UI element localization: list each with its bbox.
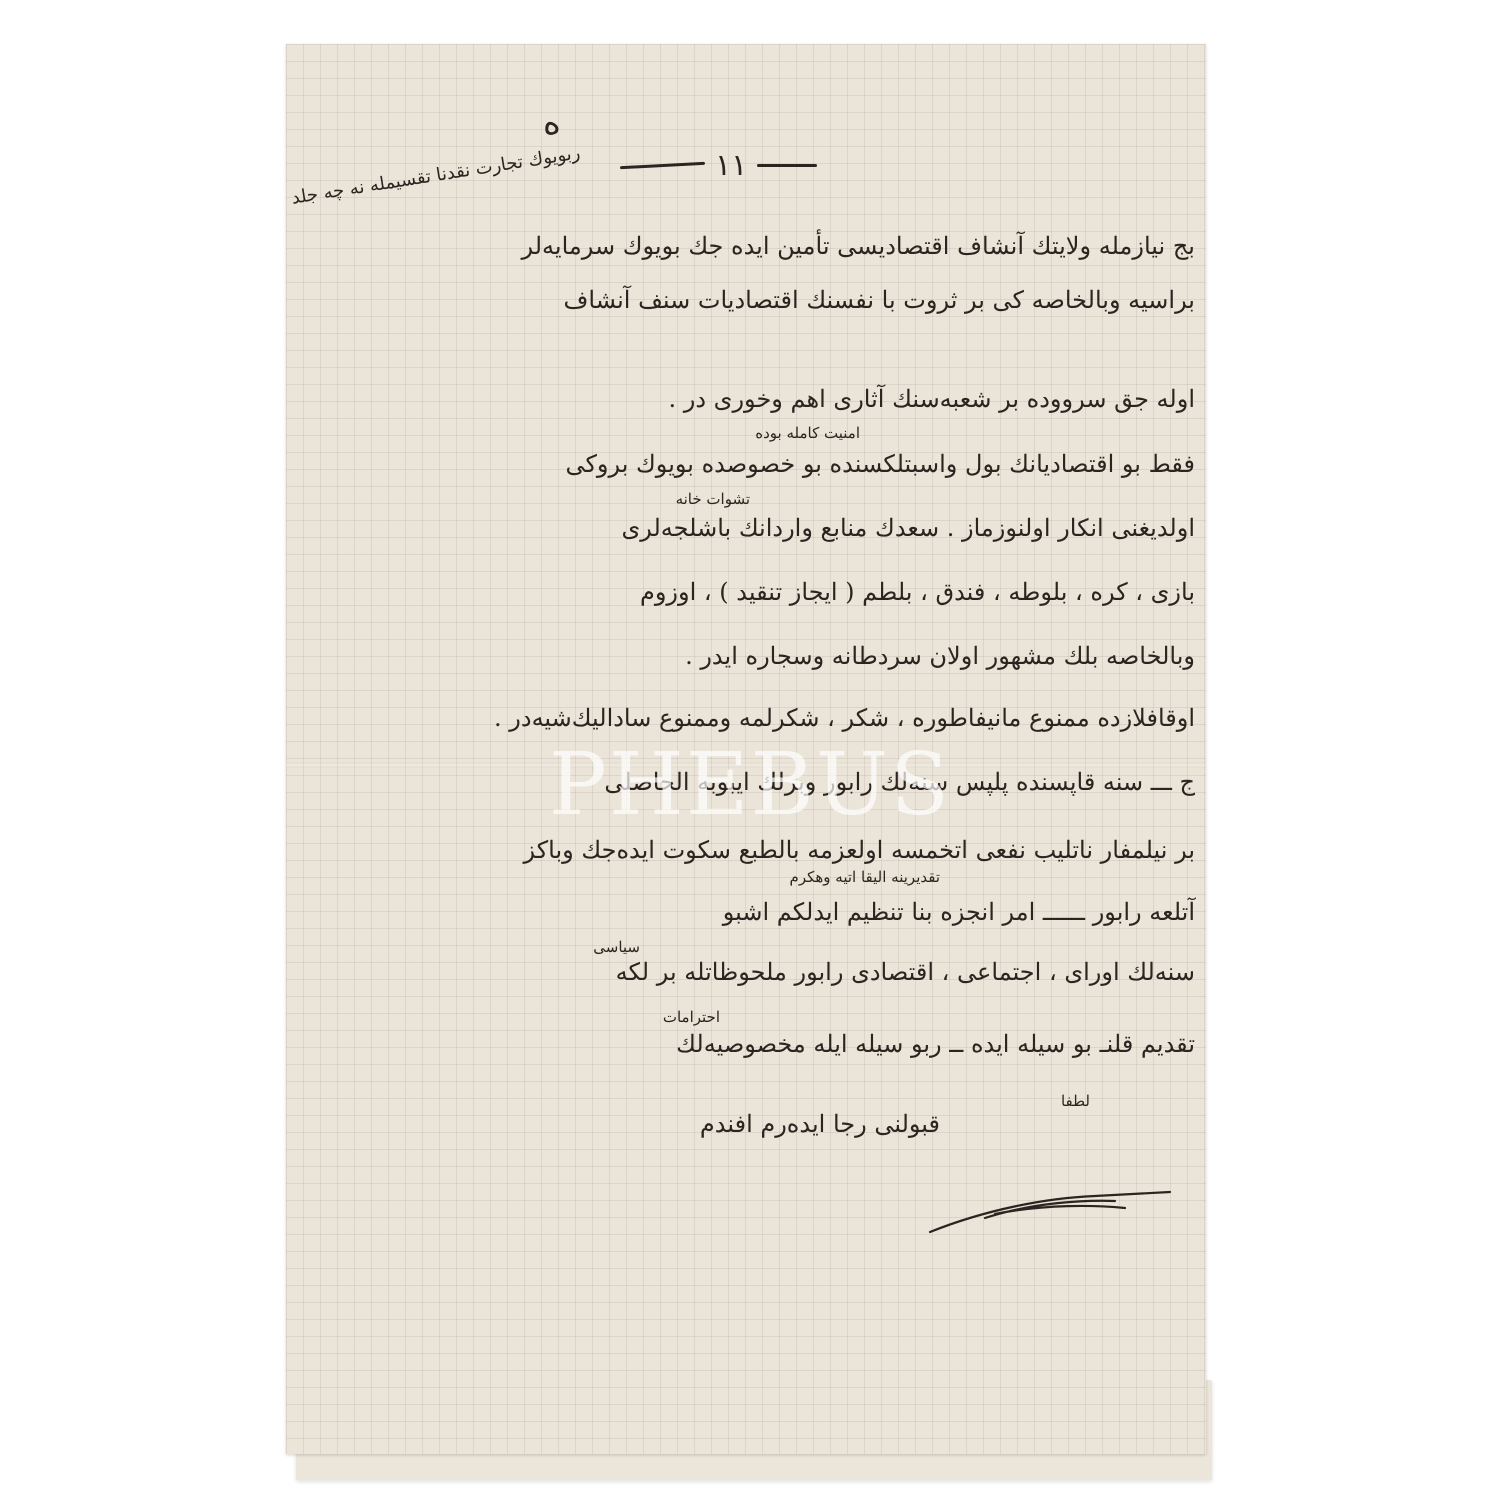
page-number-dash-right	[757, 164, 817, 167]
text-line-1: بج نيازمله ولايتك آنشاف اقتصاديسى تأمين …	[522, 232, 1196, 260]
page-number: ١١	[715, 148, 747, 183]
text-line-12: سنه‌لك اوراى ، اجتماعى ، اقتصادى رابور م…	[616, 958, 1195, 986]
text-line-14: قبولنى رجا ايده‌رم افندم	[700, 1110, 940, 1138]
page-number-row: ١١	[620, 148, 817, 183]
text-line-3: اوله جق سرووده بر شعبه‌سنك آثارى اهم وخو…	[669, 385, 1195, 413]
interlinear-note-5: احترامات	[663, 1008, 720, 1026]
interlinear-note-6: لطفا	[1061, 1092, 1090, 1110]
text-line-2: براسيه وبالخاصه كى بر ثروت با نفسنك اقتص…	[564, 286, 1196, 314]
page-number-dash-left	[620, 162, 705, 169]
heading-mark: ه	[543, 103, 561, 143]
text-line-8: اوقافلازده ممنوع مانيفاطوره ، شكر ، شكرل…	[494, 704, 1195, 732]
text-line-7: وبالخاصه بلك مشهور اولان سردطانه وسجاره …	[685, 642, 1195, 670]
text-line-13: تقديم قلنـ بو سيله ايده ــ ربو سيله ايله…	[676, 1030, 1195, 1058]
text-line-4: فقط بو اقتصاديانك بول واسبتلكسنده بو خصو…	[565, 450, 1195, 478]
text-line-6: بازى ، كره ، بلوطه ، فندق ، بلطم ( ايجاز…	[640, 578, 1195, 606]
watermark: PHEBUS	[0, 735, 1500, 835]
text-line-5: اولديغنى انكار اولنوزماز . سعدك منابع وا…	[621, 514, 1195, 542]
interlinear-note-1: امنيت كامله بوده	[755, 424, 860, 442]
text-line-10: بر نيلمفار ناتليب نفعى اتخمسه اولعزمه با…	[524, 836, 1196, 864]
interlinear-note-3: تقديرينه اليقا اتيه وهكرم	[790, 868, 940, 886]
interlinear-note-4: سياسى	[593, 938, 640, 956]
signature-icon	[925, 1190, 1185, 1240]
interlinear-note-2: تشوات خانه	[676, 490, 750, 508]
text-line-11: آتلعه رابور ــــــ امر انجزه بنا تنظيم ا…	[723, 898, 1195, 926]
